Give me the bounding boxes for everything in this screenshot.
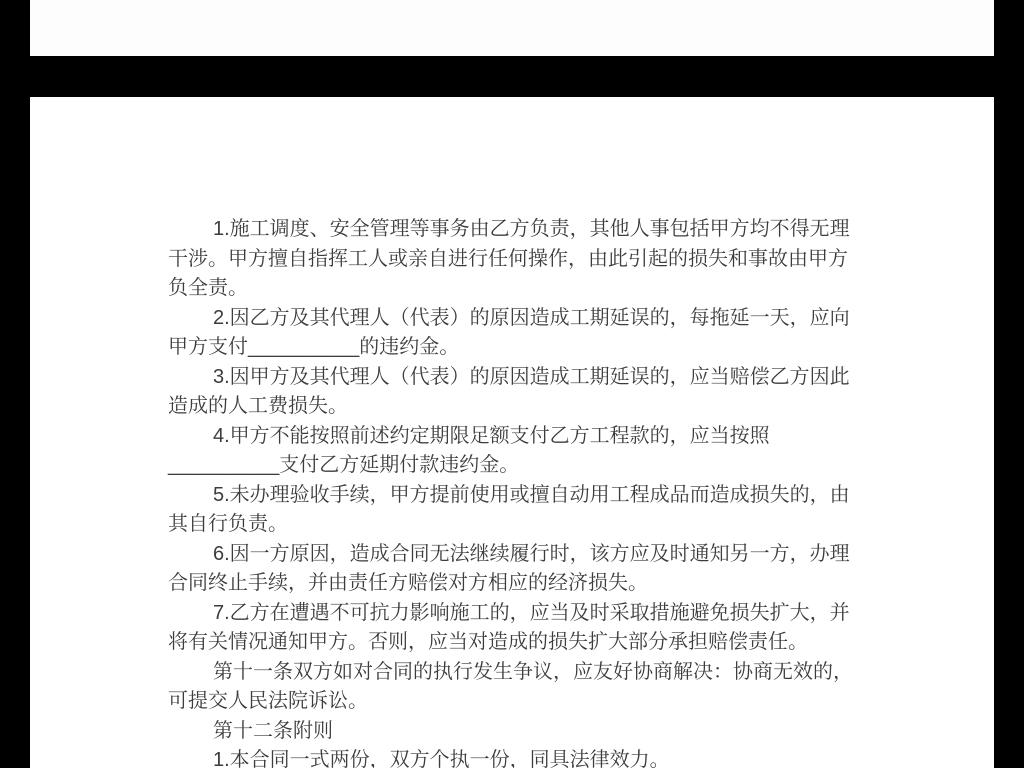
text-line: 负全责。 <box>168 274 888 304</box>
text-line: 将有关情况通知甲方。否则，应当对造成的损失扩大部分承担赔偿责任。 <box>168 628 888 658</box>
text-line: 造成的人工费损失。 <box>168 392 888 422</box>
text-line: 1.本合同一式两份，双方个执一份，同具法律效力。 <box>168 746 888 768</box>
contract-text-block: 1.施工调度、安全管理等事务由乙方负责，其他人事包括甲方均不得无理干涉。甲方擅自… <box>168 215 888 768</box>
text-line: 3.因甲方及其代理人（代表）的原因造成工期延误的，应当赔偿乙方因此 <box>168 363 888 393</box>
text-line: 甲方支付__________的违约金。 <box>168 333 888 363</box>
text-line: 第十二条附则 <box>168 717 888 747</box>
text-line: 干涉。甲方擅自指挥工人或亲自进行任何操作，由此引起的损失和事故由甲方 <box>168 245 888 275</box>
text-line: 1.施工调度、安全管理等事务由乙方负责，其他人事包括甲方均不得无理 <box>168 215 888 245</box>
previous-page-bottom-edge <box>30 0 994 56</box>
text-line: 7.乙方在遭遇不可抗力影响施工的，应当及时采取措施避免损失扩大，并 <box>168 599 888 629</box>
text-line: 第十一条双方如对合同的执行发生争议，应友好协商解决：协商无效的， <box>168 658 888 688</box>
text-line: 6.因一方原因，造成合同无法继续履行时，该方应及时通知另一方，办理 <box>168 540 888 570</box>
text-line: 2.因乙方及其代理人（代表）的原因造成工期延误的，每拖延一天，应向 <box>168 304 888 334</box>
page-gap-bar <box>0 56 1024 97</box>
text-line: 5.未办理验收手续，甲方提前使用或擅自动用工程成品而造成损失的，由 <box>168 481 888 511</box>
text-line: 其自行负责。 <box>168 510 888 540</box>
text-line: 合同终止手续，并由责任方赔偿对方相应的经济损失。 <box>168 569 888 599</box>
text-line: __________支付乙方延期付款违约金。 <box>168 451 888 481</box>
document-page: 1.施工调度、安全管理等事务由乙方负责，其他人事包括甲方均不得无理干涉。甲方擅自… <box>30 97 994 768</box>
text-line: 4.甲方不能按照前述约定期限足额支付乙方工程款的，应当按照 <box>168 422 888 452</box>
text-line: 可提交人民法院诉讼。 <box>168 687 888 717</box>
